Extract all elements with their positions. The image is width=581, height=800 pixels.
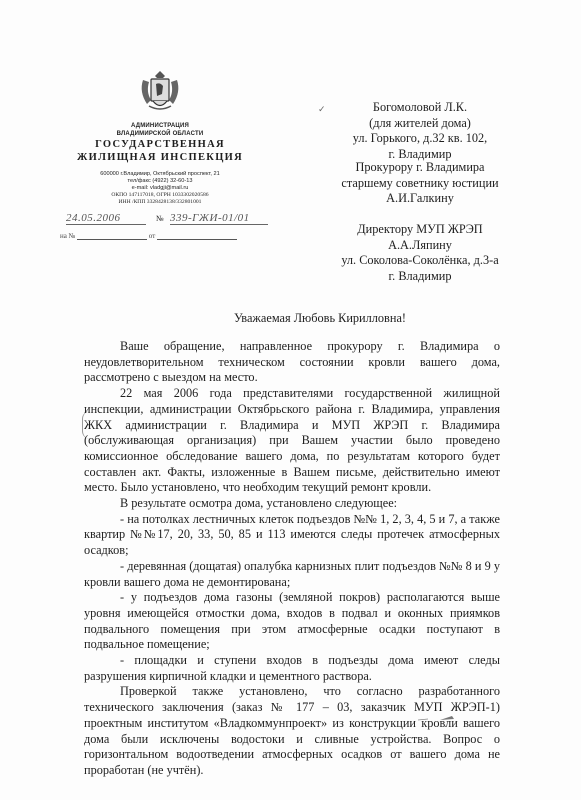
admin-line-1: АДМИНИСТРАЦИЯ [60,123,260,131]
paragraph: 22 мая 2006 года представителями государ… [84,386,500,496]
addressee-line: Директору МУП ЖРЭП [300,222,540,238]
addressee-director: Директору МУП ЖРЭП А.А.Ляпину ул. Соколо… [300,222,540,284]
addressee-line: А.А.Ляпину [300,238,540,254]
paragraph: Проверкой также установлено, что согласн… [84,684,500,778]
handwritten-reg-number: 339-ГЖИ-01/01 [170,212,268,225]
letter-body: Ваше обращение, направленное прокурору г… [84,339,500,779]
ref-prefix: на № [60,232,75,240]
salutation: Уважаемая Любовь Кирилловна! [80,311,560,326]
finding-item: - на потолках лестничных клеток подъездо… [84,512,500,559]
addressee-line: ул. Горького, д.32 кв. 102, [300,131,540,147]
ref-number-blank [77,232,147,240]
org-address: 600000 г.Владимир, Октябрьский проспект,… [60,171,260,178]
handwritten-date: 24.05.2006 [66,212,146,225]
addressee-line: г. Владимир [300,269,540,285]
number-sign: № [156,214,164,223]
org-name-line-2: ЖИЛИЩНАЯ ИНСПЕКЦИЯ [60,152,260,164]
addressee-line: (для жителей дома) [300,116,540,132]
addressee-prosecutor: Прокурору г. Владимира старшему советник… [300,160,540,207]
org-email: e-mail: vladgji@mail.ru [60,185,260,192]
org-name-line-1: ГОСУДАРСТВЕННАЯ [60,139,260,151]
org-inn-kpp: ИНН /КПП 3328428138/332801001 [60,199,260,206]
addressee-line: ул. Соколова-Соколёнка, д.3-а [300,253,540,269]
finding-item: - у подъездов дома газоны (земляной покр… [84,590,500,653]
addressee-resident: Богомоловой Л.К. (для жителей дома) ул. … [300,100,540,162]
scanned-letter-page: АДМИНИСТРАЦИЯ ВЛАДИМИРСКОЙ ОБЛАСТИ ГОСУД… [0,0,581,800]
finding-item: - деревянная (дощатая) опалубка карнизны… [84,559,500,590]
registration-line: 24.05.2006 № 339-ГЖИ-01/01 [60,212,270,228]
reference-line: на № от [60,232,270,240]
org-okpo-ogrn: ОКПО 147117018, ОГРН 1033302020586 [60,192,260,199]
paragraph: Ваше обращение, направленное прокурору г… [84,339,500,386]
addressee-line: старшему советнику юстиции [300,176,540,192]
addressee-line: А.И.Галкину [300,191,540,207]
addressee-line: Богомоловой Л.К. [300,100,540,116]
addressee-line: Прокурору г. Владимира [300,160,540,176]
finding-item: - площадки и ступени входов в подъезды д… [84,653,500,684]
pen-stroke-mark [418,714,458,722]
ref-date-blank [157,232,237,240]
admin-line-2: ВЛАДИМИРСКОЙ ОБЛАСТИ [60,131,260,139]
org-phone: тел/факс (4922) 32-60-13 [60,178,260,185]
paragraph: В результате осмотра дома, установлено с… [84,496,500,512]
coat-of-arms-icon [137,70,183,114]
ref-from: от [149,232,155,240]
letterhead: АДМИНИСТРАЦИЯ ВЛАДИМИРСКОЙ ОБЛАСТИ ГОСУД… [60,70,260,206]
